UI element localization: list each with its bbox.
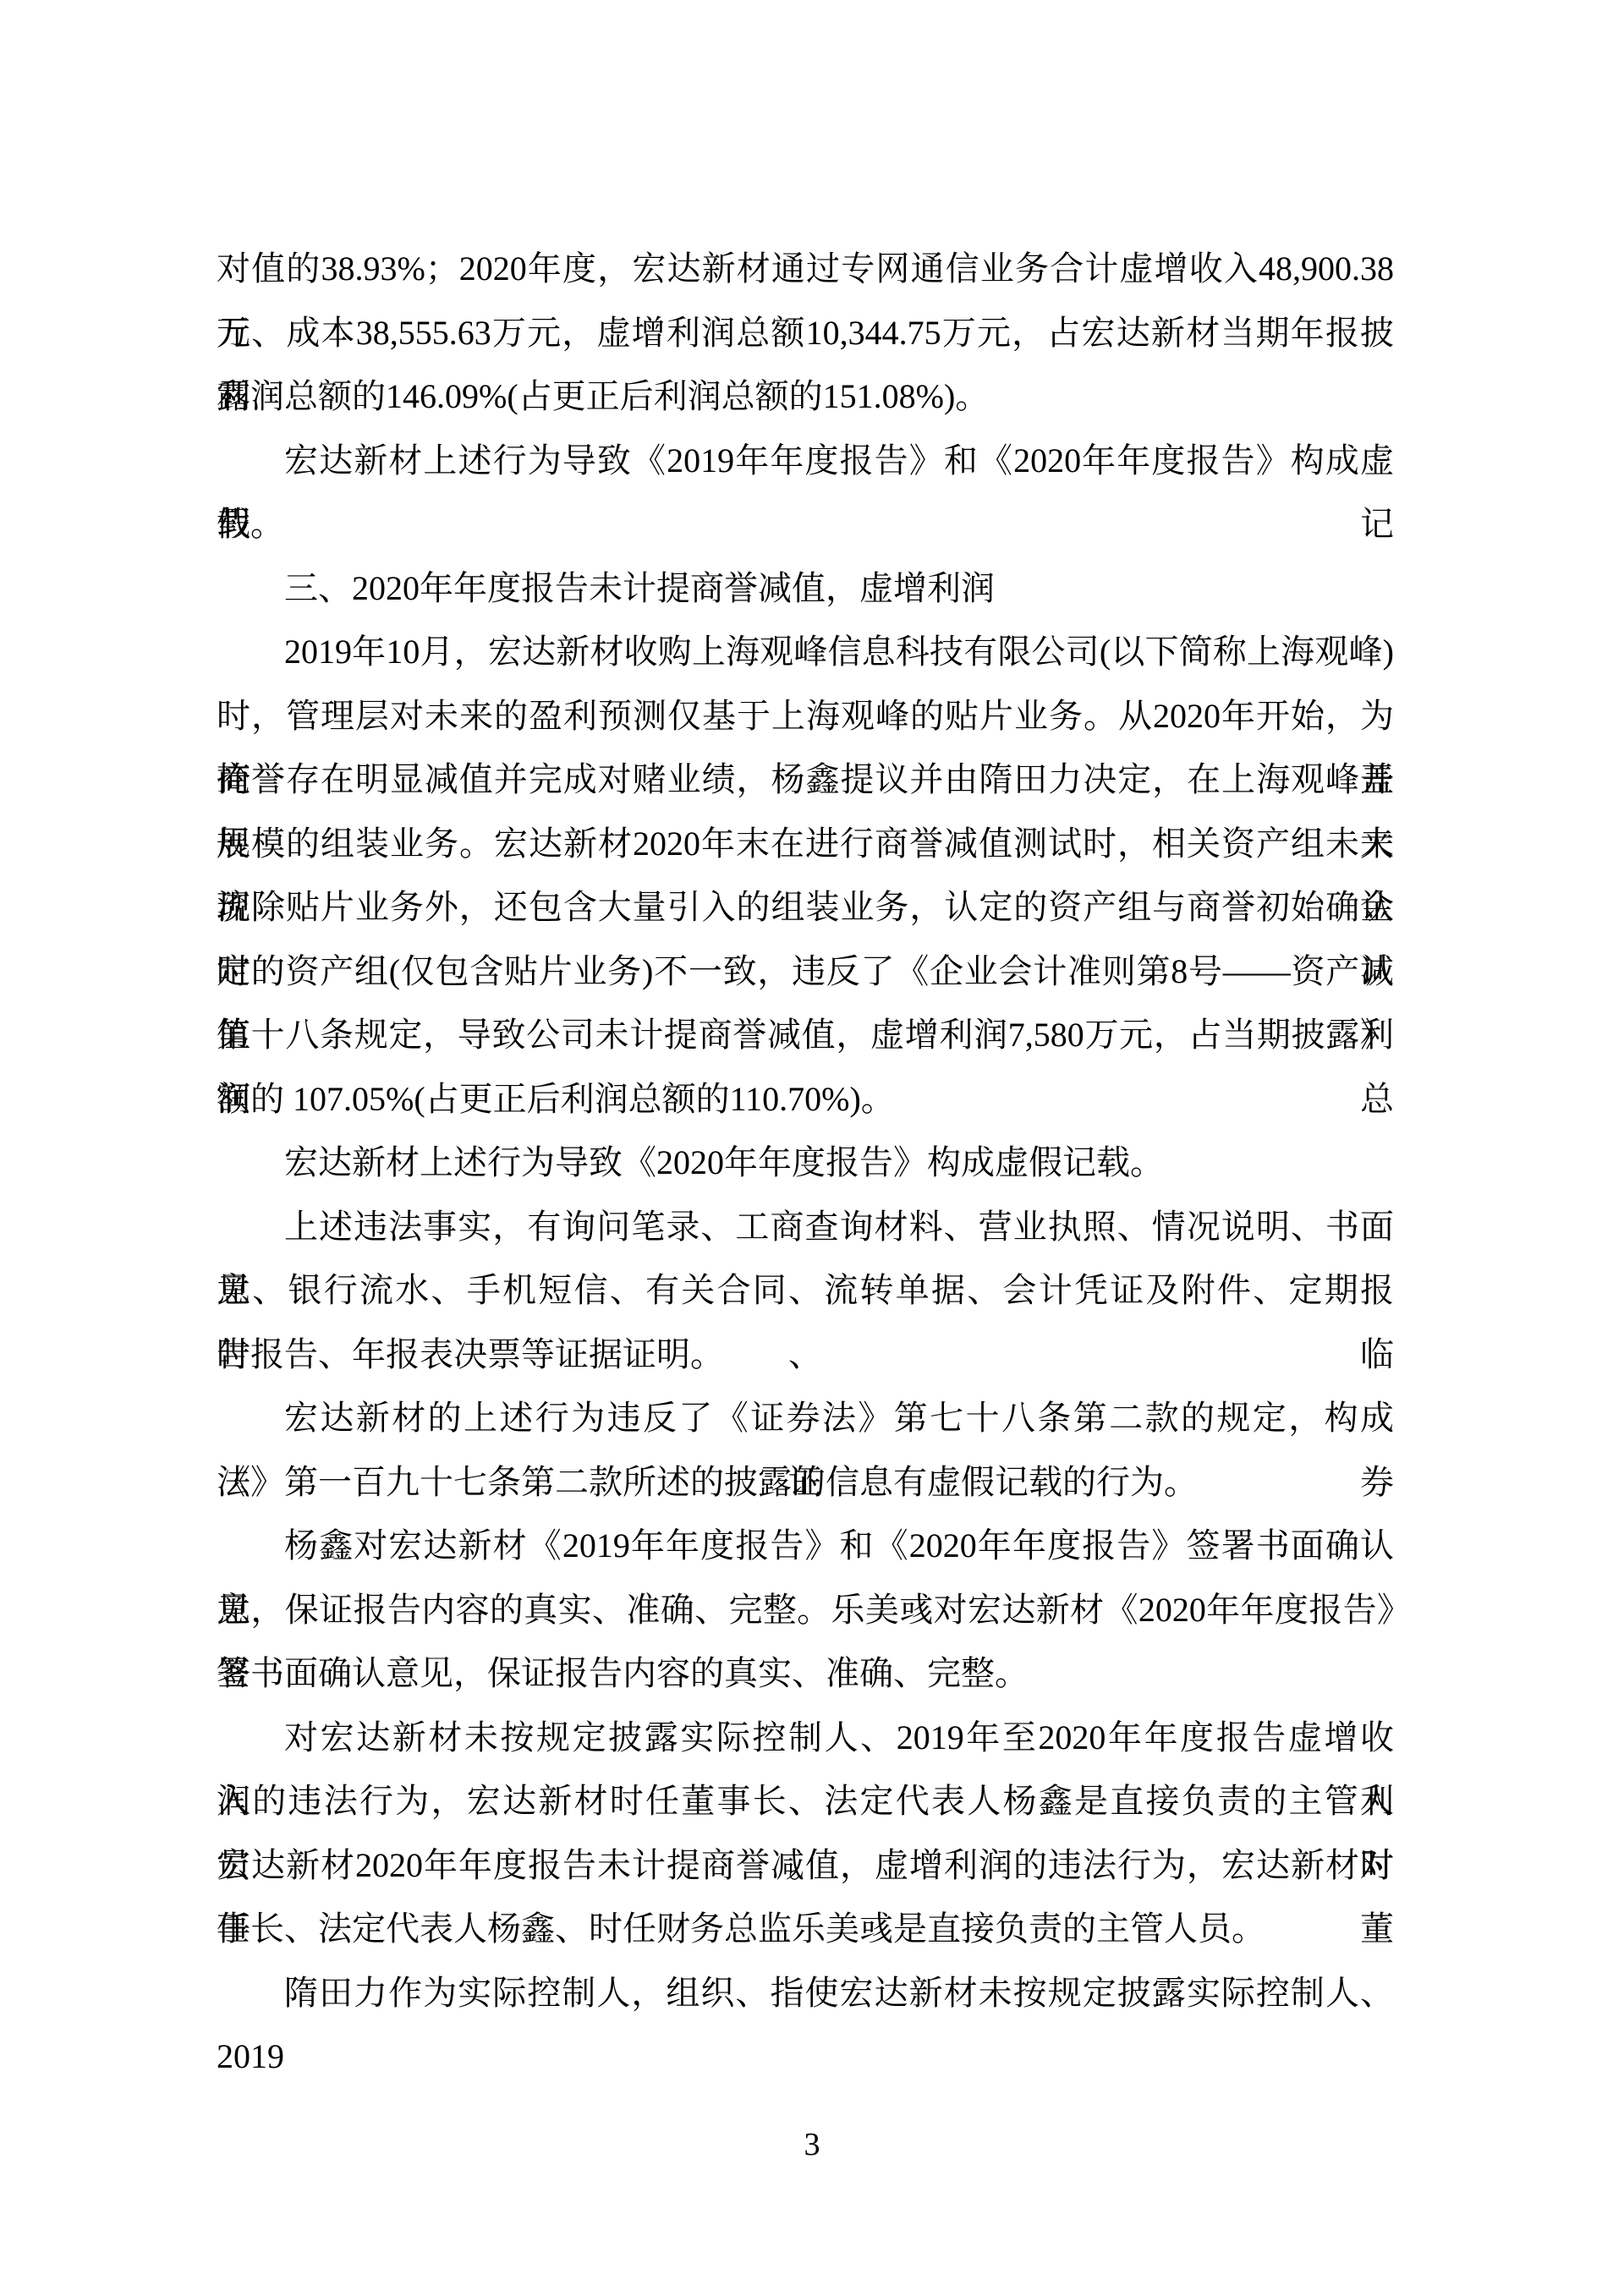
section-heading: 三、2020年年度报告未计提商誉减值，虚增利润: [217, 556, 1394, 621]
body-line: 元、成本38,555.63万元，虚增利润总额10,344.75万元，占宏达新材当…: [217, 301, 1394, 365]
body-line: 定的资产组(仅包含贴片业务)不一致，违反了《企业会计准则第8号——资产减值》: [217, 940, 1394, 1004]
body-line: 见，保证报告内容的真实、准确、完整。乐美彧对宏达新材《2020年年度报告》签: [217, 1578, 1394, 1642]
body-line: 规模的组装业务。宏达新材2020年末在进行商誉减值测试时，相关资产组未来现金: [217, 812, 1394, 876]
body-line: 利润总额的146.09%(占更正后利润总额的151.08%)。: [217, 364, 1394, 429]
body-line: 署书面确认意见，保证报告内容的真实、准确、完整。: [217, 1641, 1394, 1706]
body-line: 上述违法事实，有询问笔录、工商查询材料、营业执照、情况说明、书面意: [217, 1195, 1394, 1259]
body-line: 流除贴片业务外，还包含大量引入的组装业务，认定的资产组与商誉初始确认时认: [217, 875, 1394, 940]
document-page: 对值的38.93%；2020年度，宏达新材通过专网通信业务合计虚增收入48,90…: [0, 0, 1624, 2296]
body-line: 商誉存在明显减值并完成对赌业绩，杨鑫提议并由隋田力决定，在上海观峰开展大: [217, 748, 1394, 812]
body-line: 隋田力作为实际控制人，组织、指使宏达新材未按规定披露实际控制人、2019: [217, 1961, 1394, 2025]
body-line: 杨鑫对宏达新材《2019年年度报告》和《2020年年度报告》签署书面确认意: [217, 1514, 1394, 1578]
body-line: 第十八条规定，导致公司未计提商誉减值，虚增利润7,580万元，占当期披露利润总: [217, 1003, 1394, 1067]
body-line: 宏达新材的上述行为违反了《证券法》第七十八条第二款的规定，构成《证券: [217, 1386, 1394, 1450]
body-line: 时，管理层对未来的盈利预测仅基于上海观峰的贴片业务。从2020年开始，为掩盖: [217, 684, 1394, 748]
body-line: 宏达新材2020年年度报告未计提商誉减值，虚增利润的违法行为，宏达新材时任董: [217, 1833, 1394, 1898]
body-line: 宏达新材上述行为导致《2020年年度报告》构成虚假记载。: [217, 1131, 1394, 1195]
body-line: 宏达新材上述行为导致《2019年年度报告》和《2020年年度报告》构成虚假记: [217, 429, 1394, 493]
body-line: 见、银行流水、手机短信、有关合同、流转单据、会计凭证及附件、定期报告、临: [217, 1258, 1394, 1323]
body-line: 事长、法定代表人杨鑫、时任财务总监乐美彧是直接负责的主管人员。: [217, 1897, 1394, 1961]
document-body: 对值的38.93%；2020年度，宏达新材通过专网通信业务合计虚增收入48,90…: [217, 237, 1394, 2025]
page-number: 3: [0, 2126, 1624, 2165]
body-line: 2019年10月，宏达新材收购上海观峰信息科技有限公司(以下简称上海观峰): [217, 620, 1394, 684]
body-line: 对值的38.93%；2020年度，宏达新材通过专网通信业务合计虚增收入48,90…: [217, 237, 1394, 301]
body-line: 润的违法行为，宏达新材时任董事长、法定代表人杨鑫是直接负责的主管人员。对: [217, 1769, 1394, 1833]
body-line: 对宏达新材未按规定披露实际控制人、2019年至2020年年度报告虚增收入、利: [217, 1706, 1394, 1770]
